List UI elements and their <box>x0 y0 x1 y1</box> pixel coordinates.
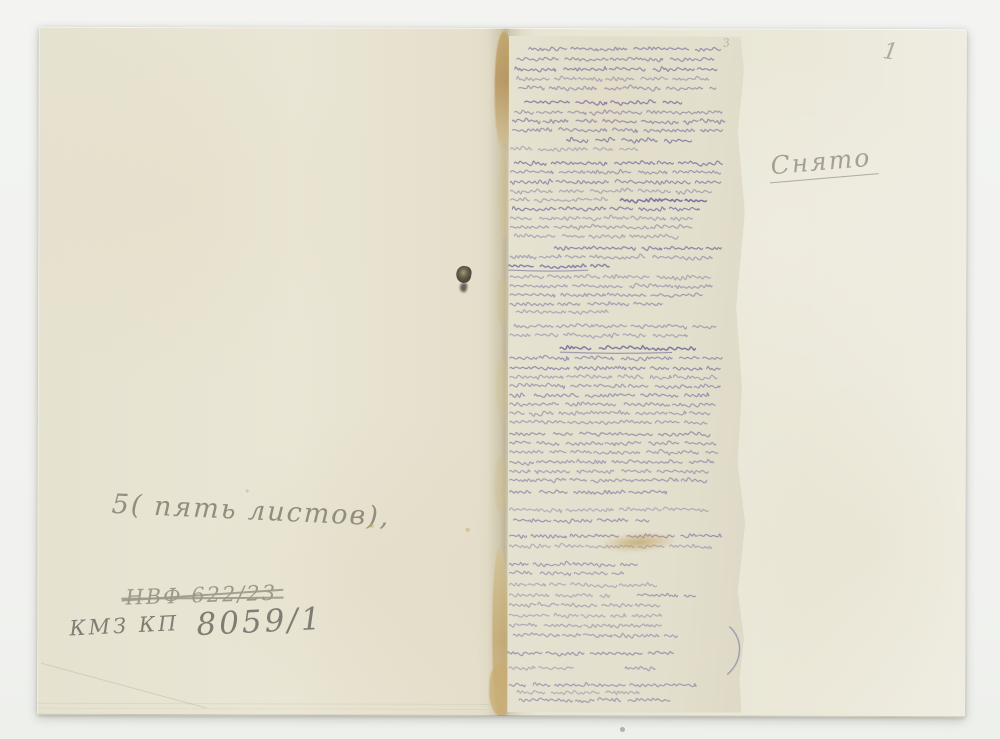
handwriting-line <box>509 561 637 567</box>
manuscript-folder: 5( пять листов), НВФ 622/23 КМЗ КП 8059/… <box>37 27 967 717</box>
handwriting-line <box>510 224 692 230</box>
handwriting-line <box>525 100 682 106</box>
handwriting-line <box>510 283 712 288</box>
handwriting-line <box>510 302 662 307</box>
folder-left-page: 5( пять листов), НВФ 622/23 КМЗ КП 8059/… <box>37 27 507 716</box>
ink-blot <box>455 265 473 284</box>
handwriting-underline <box>560 352 672 353</box>
handwriting-line <box>637 593 695 597</box>
letter-sheet <box>507 36 749 713</box>
handwriting-line <box>510 402 715 407</box>
handwriting-line <box>511 169 721 174</box>
handwriting-line <box>510 179 720 185</box>
handwriting-line <box>514 518 649 523</box>
handwriting-line <box>517 690 639 694</box>
handwriting-line <box>517 57 714 62</box>
handwriting-line <box>515 160 723 166</box>
sheet-count-note: 5( пять листов), <box>111 489 391 533</box>
handwriting-line <box>529 47 721 52</box>
handwriting-line <box>510 441 716 446</box>
closing-bracket-stroke <box>727 627 739 675</box>
handwriting-line <box>510 507 709 513</box>
handwriting-line <box>510 355 722 361</box>
handwriting-line <box>510 459 714 466</box>
handwriting-line <box>510 197 607 202</box>
handwriting-line <box>510 392 709 398</box>
handwriting-line <box>510 333 687 339</box>
handwriting-line <box>515 110 722 116</box>
frayed-binding <box>496 358 508 418</box>
handwriting-line <box>515 66 717 72</box>
handwriting-line <box>620 198 706 203</box>
handwriting-line <box>510 274 710 280</box>
accession-value: 8059/1 <box>196 601 325 643</box>
handwriting-line <box>509 582 656 588</box>
handwriting-line <box>519 85 716 91</box>
handwriting-line <box>510 490 667 494</box>
handwriting-line <box>625 667 655 671</box>
handwriting-line <box>510 469 709 474</box>
handwriting-line <box>511 146 638 151</box>
handwriting-line <box>509 571 623 576</box>
handwriting-line <box>509 613 661 618</box>
handwriting-line <box>509 602 659 607</box>
handwriting-line <box>510 254 712 260</box>
handwriting-line <box>517 76 709 82</box>
handwriting-line <box>508 264 609 269</box>
handwriting-line <box>509 623 661 628</box>
frayed-binding <box>495 458 507 513</box>
handwriting-line <box>510 188 711 194</box>
handwriting-line <box>516 310 608 315</box>
handwriting-svg <box>507 36 749 713</box>
handwriting-underline <box>508 270 588 271</box>
handwriting-line <box>513 118 725 124</box>
handwriting-line <box>554 246 721 251</box>
handwriting-line <box>510 293 702 298</box>
accession-prefix: КМЗ КП <box>69 611 180 640</box>
accession-number: КМЗ КП 8059/1 <box>69 601 325 650</box>
handwriting-line <box>519 697 670 702</box>
paper-speck <box>466 528 470 532</box>
handwriting-line <box>510 477 707 483</box>
handwriting-line <box>509 666 573 670</box>
frayed-binding <box>497 278 507 324</box>
handwriting-line <box>509 682 696 687</box>
photo-backdrop: 5( пять листов), НВФ 622/23 КМЗ КП 8059/… <box>0 0 1000 739</box>
handwriting-line <box>509 593 609 597</box>
handwriting-line <box>510 410 710 416</box>
handwriting-line <box>514 234 678 239</box>
handwriting-line <box>510 366 720 371</box>
handwriting-line <box>510 383 720 389</box>
handwriting-line <box>510 449 718 455</box>
handwriting-line <box>514 324 716 329</box>
handwriting-line <box>512 207 699 212</box>
corner-crease <box>41 663 207 709</box>
handwriting-line <box>513 633 677 638</box>
handwriting-line <box>510 215 692 221</box>
handwriting-line <box>510 420 707 425</box>
handwriting-line <box>513 128 723 133</box>
handwriting-line <box>510 431 710 437</box>
handwriting-line <box>510 374 717 379</box>
handwriting-line <box>507 651 673 656</box>
handwriting-line <box>567 137 692 143</box>
paper-speck <box>246 489 249 492</box>
paper-speck <box>370 524 374 528</box>
backdrop-speck <box>620 727 625 732</box>
handwriting-line <box>560 346 695 351</box>
